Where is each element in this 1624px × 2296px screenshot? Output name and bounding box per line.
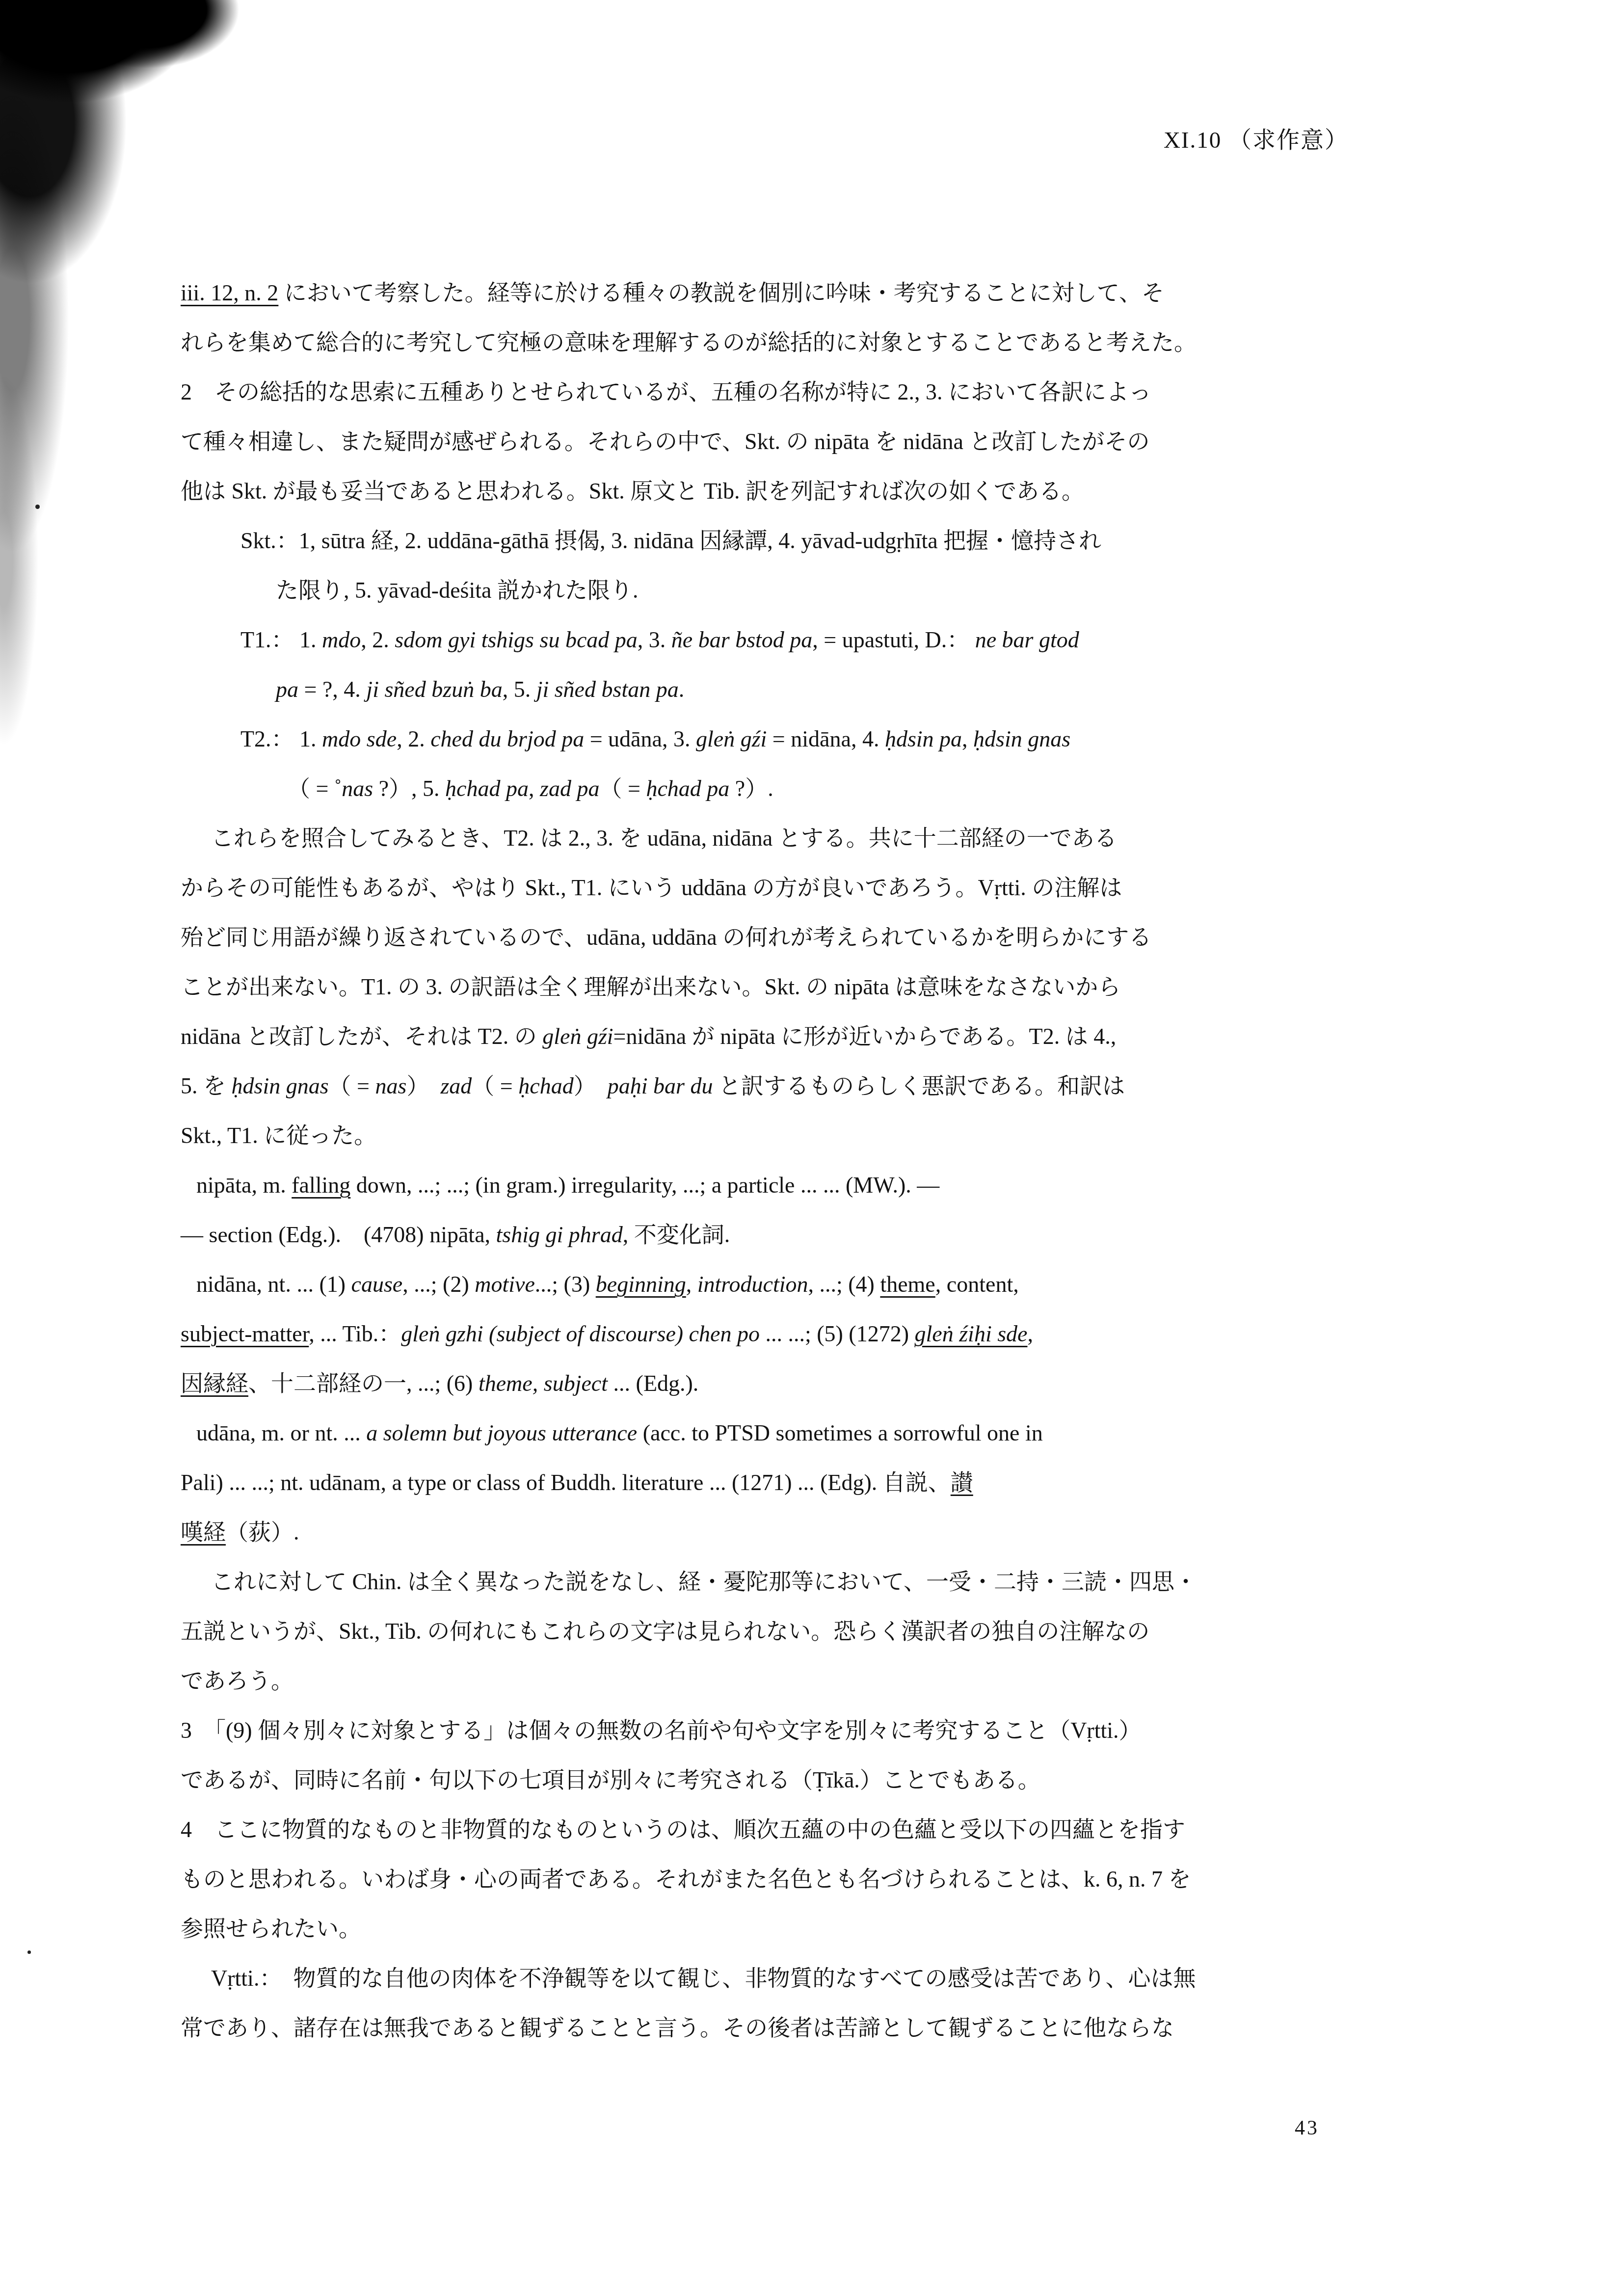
text-line: これらを照合してみるとき、T2. は 2., 3. を udāna, nidān…	[181, 813, 1354, 863]
text-line: 嘆経（荻）.	[181, 1507, 1354, 1557]
text-line: 2 その総括的な思索に五種ありとせられているが、五種の名称が特に 2., 3. …	[181, 367, 1354, 417]
text-line: 殆ど同じ用語が繰り返されているので、udāna, uddāna の何れが考えられ…	[181, 912, 1354, 962]
text-line: ことが出来ない。T1. の 3. の訳語は全く理解が出来ない。Skt. の ni…	[181, 962, 1354, 1012]
text-line: ものと思われる。いわば身・心の両者である。それがまた名色とも名づけられることは、…	[181, 1854, 1354, 1904]
scan-speck	[27, 1950, 31, 1954]
text-line: pa = ?, 4. ji sñed bzuṅ ba, 5. ji sñed b…	[181, 665, 1354, 714]
text-line: — section (Edg.). (4708) nipāta, tshig g…	[181, 1210, 1354, 1259]
section-heading: XI.10 （求作意）	[1164, 128, 1349, 153]
scanned-page: XI.10 （求作意） iii. 12, n. 2 において考察した。経等に於け…	[0, 0, 1624, 2296]
text-line: subject-matter, ... Tib.：gleṅ gzhi (subj…	[181, 1309, 1354, 1359]
text-line: 因縁経、十二部経の一, ...; (6) theme, subject ... …	[181, 1359, 1354, 1408]
text-line: 4 ここに物質的なものと非物質的なものというのは、順次五蘊の中の色蘊と受以下の四…	[181, 1805, 1354, 1854]
text-line: 五説というが、Skt., Tib. の何れにもこれらの文字は見られない。恐らく漢…	[181, 1606, 1354, 1656]
text-line: Skt.：1, sūtra 経, 2. uddāna-gāthā 摂偈, 3. …	[181, 516, 1354, 565]
text-line: れらを集めて総合的に考究して究極の意味を理解するのが総括的に対象とすることである…	[181, 318, 1354, 367]
text-line: Pali) ... ...; nt. udānam, a type or cla…	[181, 1458, 1354, 1507]
text-line: 常であり、諸存在は無我であると観ずることと言う。その後者は苦諦として観ずることに…	[181, 2003, 1354, 2053]
page-number: 43	[1295, 2116, 1319, 2140]
text-line: からその可能性もあるが、やはり Skt., T1. にいう uddāna の方が…	[181, 863, 1354, 912]
text-line: Skt., T1. に従った。	[181, 1111, 1354, 1160]
text-line: た限り, 5. yāvad-deśita 説かれた限り.	[181, 565, 1354, 615]
text-line: T1.： 1. mdo, 2. sdom gyi tshigs su bcad …	[181, 615, 1354, 665]
text-line: て種々相違し、また疑問が感ぜられる。それらの中で、Skt. の nipāta を…	[181, 417, 1354, 466]
text-line: udāna, m. or nt. ... a solemn but joyous…	[181, 1408, 1354, 1458]
text-line: iii. 12, n. 2 において考察した。経等に於ける種々の教説を個別に吟味…	[181, 268, 1354, 318]
text-line: （ = ˚nas ?）, 5. ḥchad pa, zad pa（ = ḥcha…	[181, 764, 1354, 813]
text-line: 3 「(9) 個々別々に対象とする」は個々の無数の名前や句や文字を別々に考究する…	[181, 1706, 1354, 1755]
text-line: T2.： 1. mdo sde, 2. ched du brjod pa = u…	[181, 714, 1354, 764]
scan-speck	[35, 505, 40, 509]
text-line: であろう。	[181, 1656, 1354, 1706]
text-line: これに対して Chin. は全く異なった説をなし、経・憂陀那等において、一受・二…	[181, 1557, 1354, 1606]
text-line: nidāna, nt. ... (1) cause, ...; (2) moti…	[181, 1259, 1354, 1309]
text-line: 5. を ḥdsin gnas（ = nas） zad（ = ḥchad） pa…	[181, 1061, 1354, 1111]
text-line: であるが、同時に名前・句以下の七項目が別々に考究される（Ṭīkā.）ことでもある…	[181, 1755, 1354, 1805]
text-line: nipāta, m. falling down, ...; ...; (in g…	[181, 1160, 1354, 1210]
text-line: Vṛtti.： 物質的な自他の肉体を不浄観等を以て観じ、非物質的なすべての感受は…	[181, 1953, 1354, 2003]
text-line: 他は Skt. が最も妥当であると思われる。Skt. 原文と Tib. 訳を列記…	[181, 466, 1354, 516]
page-header: XI.10 （求作意）	[0, 122, 1349, 155]
text-line: 参照せられたい。	[181, 1904, 1354, 1953]
text-lines: iii. 12, n. 2 において考察した。経等に於ける種々の教説を個別に吟味…	[181, 268, 1354, 2053]
text-line: nidāna と改訂したが、それは T2. の gleṅ gźi=nidāna …	[181, 1012, 1354, 1061]
